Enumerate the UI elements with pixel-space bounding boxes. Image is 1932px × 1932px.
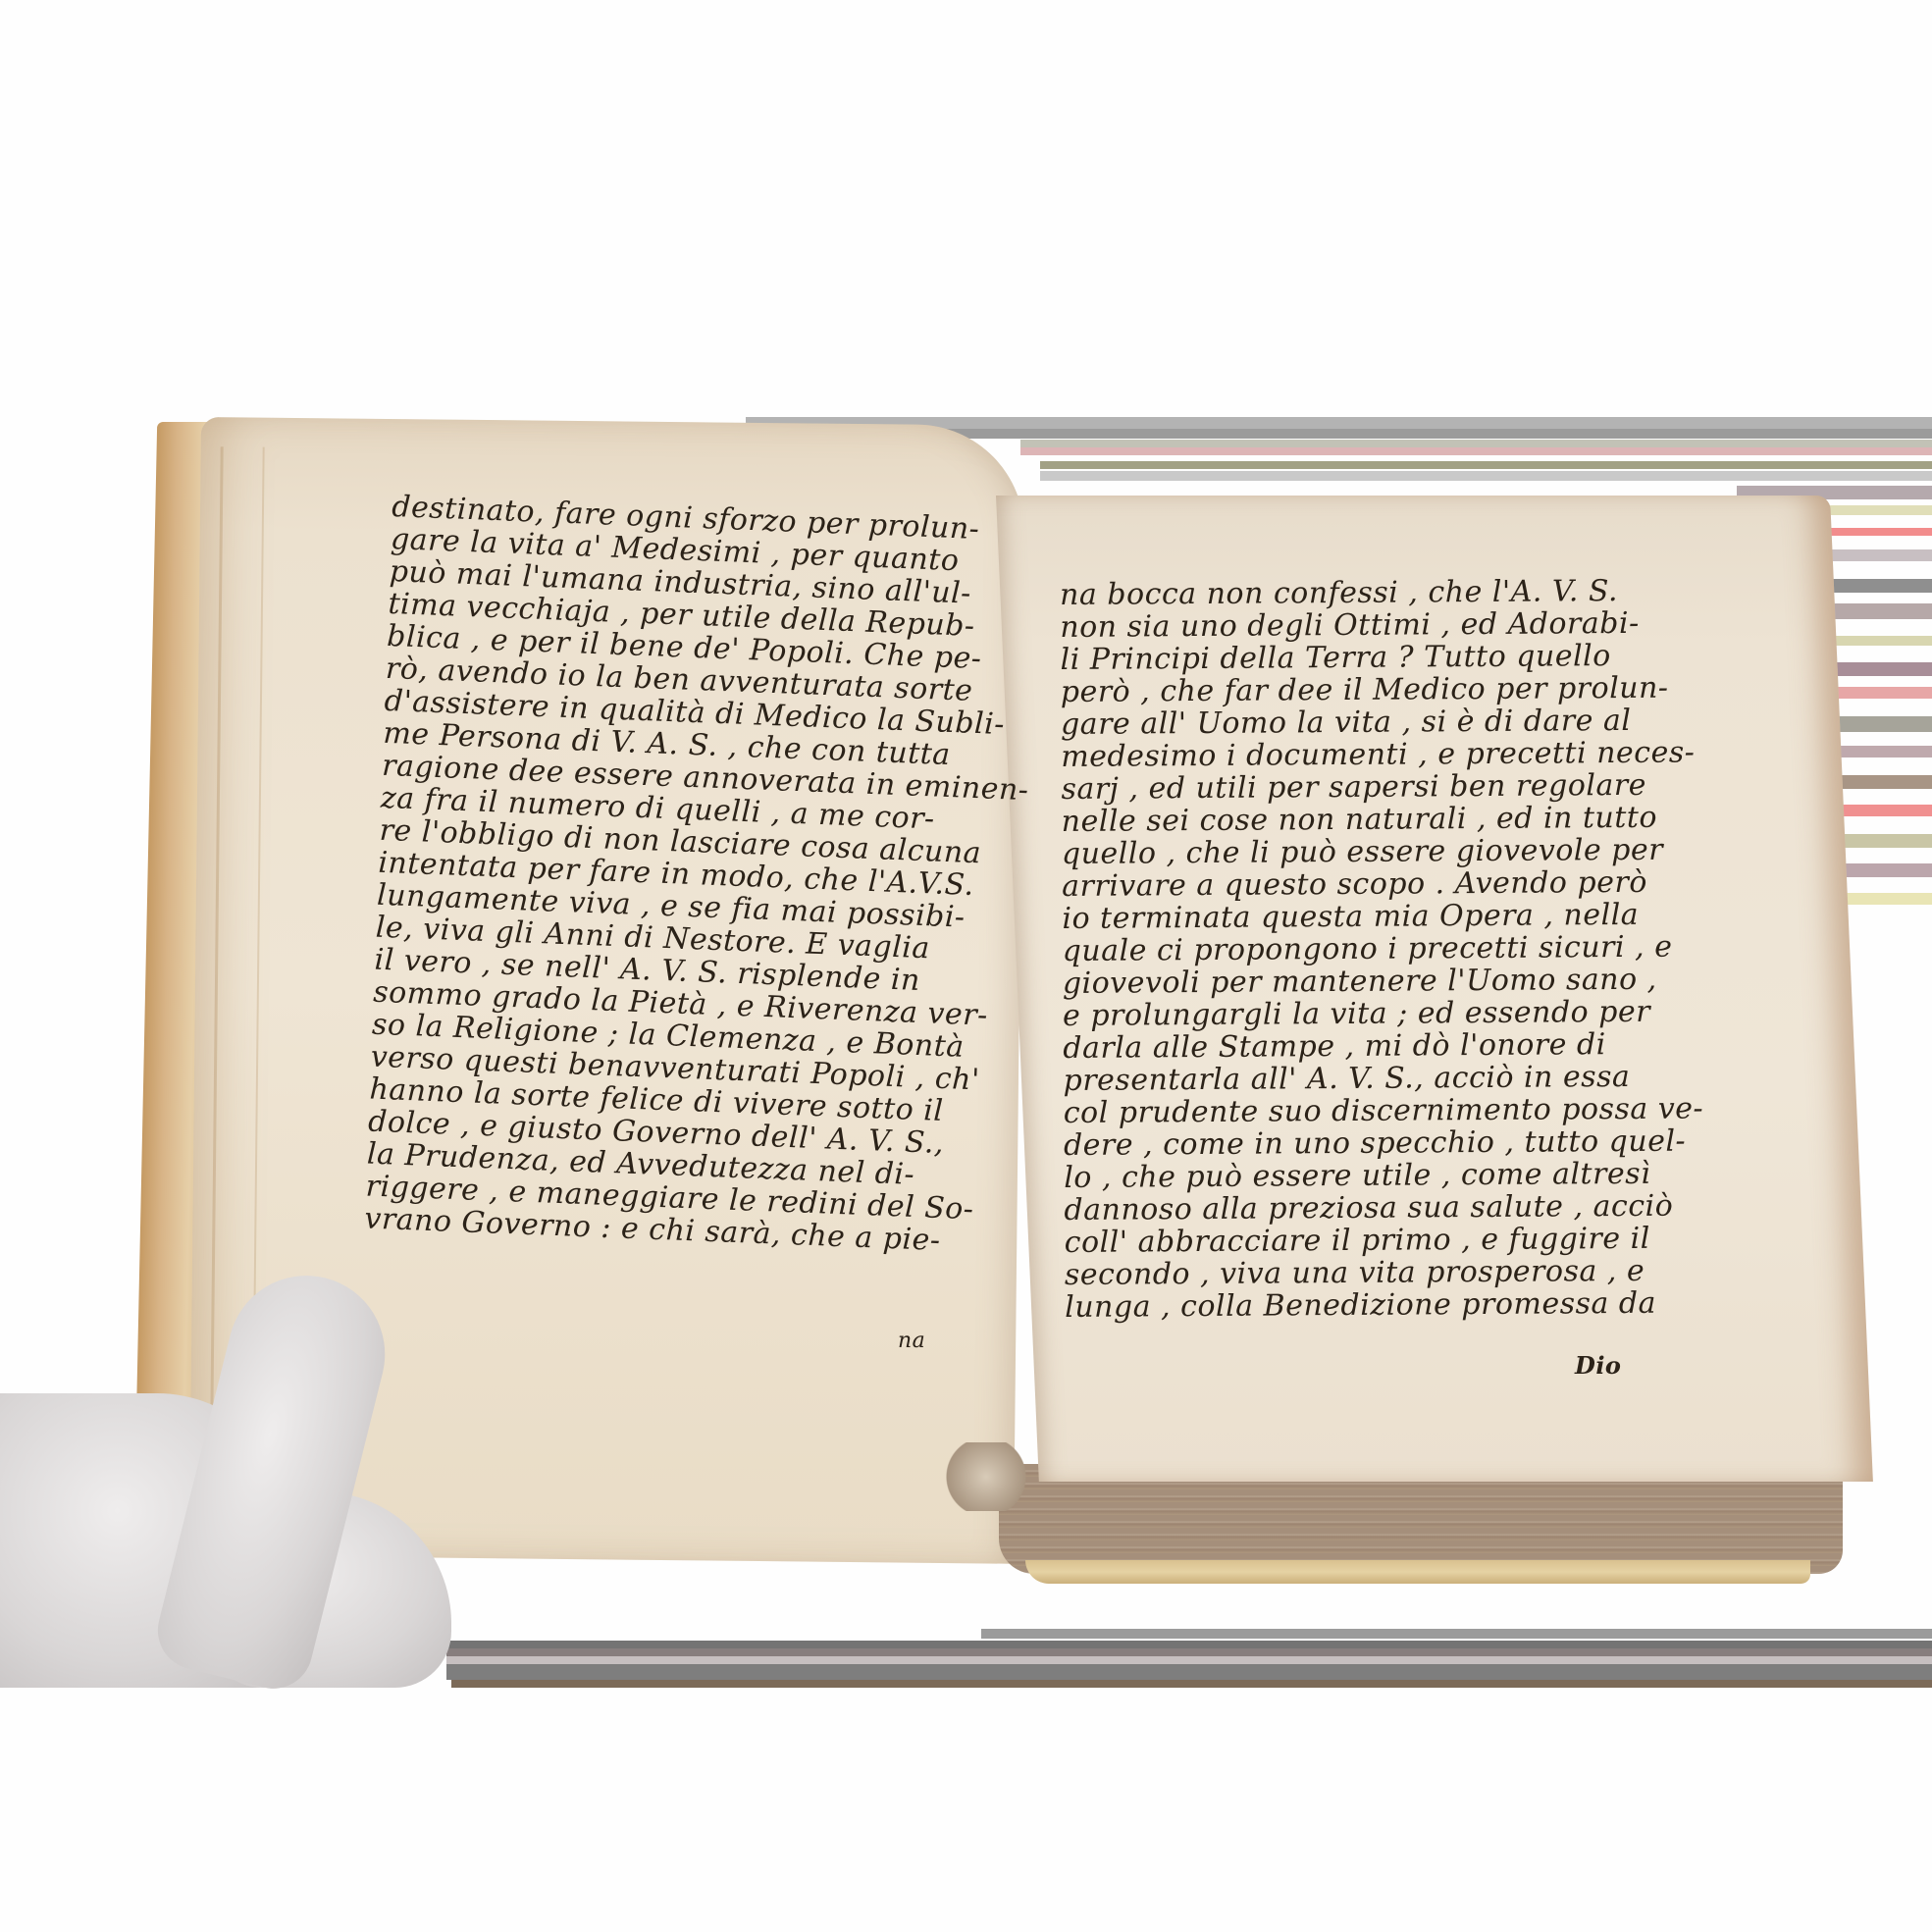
- left-page-catchword: na: [898, 1325, 925, 1357]
- artifact-stripe: [1040, 471, 1932, 481]
- spine-binding: [942, 1442, 1030, 1511]
- artifact-stripe: [451, 1680, 1932, 1688]
- artifact-stripe: [446, 1656, 1932, 1664]
- artifact-stripe: [981, 1629, 1932, 1639]
- artifact-stripe: [1020, 440, 1932, 447]
- right-page-text: na bocca non confessi , che l'A. V. S. n…: [1060, 574, 1705, 1324]
- right-bottom-cover-edge: [1025, 1560, 1810, 1584]
- artifact-stripe: [446, 1648, 1932, 1656]
- right-page-catchword: Dio: [1575, 1349, 1621, 1382]
- artifact-stripe: [446, 1641, 1932, 1648]
- artifact-stripe: [1020, 447, 1932, 455]
- left-page-text: destinato, fare ogni sforzo per prolun- …: [364, 491, 1039, 1260]
- artifact-stripe: [446, 1664, 1932, 1680]
- white-gloved-hand: [0, 1266, 461, 1688]
- text-line: e prolungargli la vita ; ed essendo per: [1063, 995, 1703, 1032]
- text-line: lunga , colla Benedizione promessa da: [1065, 1286, 1705, 1324]
- artifact-stripe: [1040, 461, 1932, 469]
